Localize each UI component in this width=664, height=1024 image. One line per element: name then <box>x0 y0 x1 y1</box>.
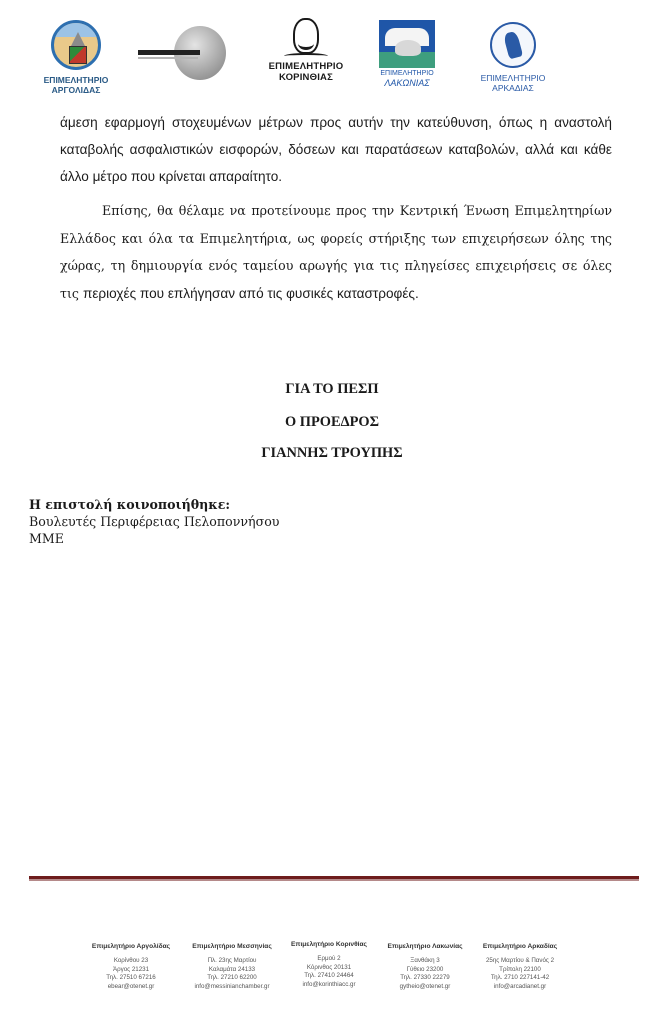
bust-icon <box>293 18 319 54</box>
logo-chamber-lakonia: ΕΠΙΜΕΛΗΤΗΡΙΟ ΛΑΚΩΝΙΑΣ <box>378 20 436 88</box>
logo-chamber-messinia <box>138 24 238 80</box>
cc-section: Η επιστολή κοινοποιήθηκε: Βουλευτές Περι… <box>29 496 279 547</box>
cc-recipient: Βουλευτές Περιφέρειας Πελοποννήσου <box>29 513 279 530</box>
letterhead: ΕΠΙΜΕΛΗΤΗΡΙΟ ΑΡΓΟΛΙΔΑΣ ΕΠΙΜΕΛΗΤΗΡΙΟ ΚΟΡΙ… <box>0 18 664 100</box>
logo-subtext-bar <box>138 57 198 59</box>
signature-role: Ο ΠΡΟΕΔΡΟΣ <box>0 414 664 431</box>
paragraph-relief-fund: Επίσης, θα θέλαμε να προτείνουμε προς τη… <box>60 197 612 307</box>
logo-chamber-arkadia: ΕΠΙΜΕΛΗΤΗΡΙΟ ΑΡΚΑΔΙΑΣ <box>470 22 556 94</box>
footer-contact-arkadia: Επιμελητήριο Αρκαδίας 25ης Μαρτίου & Παν… <box>460 943 580 991</box>
argolida-emblem-icon <box>51 20 101 70</box>
logo-text-bar <box>138 50 200 55</box>
lakonia-emblem-icon <box>379 20 435 68</box>
signature-organization: ΓΙΑ ΤΟ ΠΕΣΠ <box>0 381 664 398</box>
logo-chamber-korinthia: ΕΠΙΜΕΛΗΤΗΡΙΟ ΚΟΡΙΝΘΙΑΣ <box>260 18 352 84</box>
paragraph-measures: άμεση εφαρμογή στοχευμένων μέτρων προς α… <box>60 109 612 190</box>
email-link[interactable]: info@arcadianet.gr <box>460 983 580 992</box>
arkadia-coin-icon <box>490 22 536 68</box>
logo-caption: ΕΠΙΜΕΛΗΤΗΡΙΟ ΚΟΡΙΝΘΙΑΣ <box>269 62 344 84</box>
logo-caption: ΕΠΙΜΕΛΗΤΗΡΙΟ ΑΡΚΑΔΙΑΣ <box>481 74 546 94</box>
signature-name: ΓΙΑΝΝΗΣ ΤΡΟΥΠΗΣ <box>0 445 664 462</box>
cc-title: Η επιστολή κοινοποιήθηκε: <box>29 496 279 513</box>
logo-caption: ΕΠΙΜΕΛΗΤΗΡΙΟ ΛΑΚΩΝΙΑΣ <box>380 70 433 88</box>
logo-chamber-argolida: ΕΠΙΜΕΛΗΤΗΡΙΟ ΑΡΓΟΛΙΔΑΣ <box>36 20 116 96</box>
logo-caption: ΕΠΙΜΕΛΗΤΗΡΙΟ ΑΡΓΟΛΙΔΑΣ <box>44 76 109 96</box>
footer-divider <box>29 876 639 881</box>
cc-recipient: ΜΜΕ <box>29 530 279 547</box>
